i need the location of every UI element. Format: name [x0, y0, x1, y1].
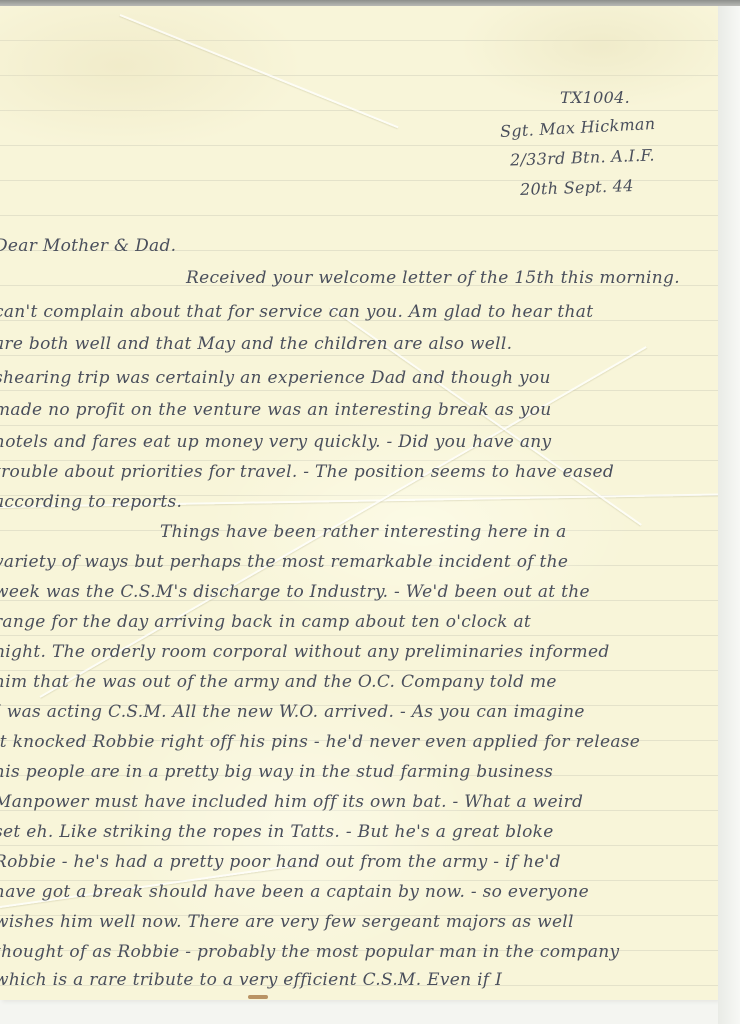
- letter-line: can't complain about that for service ca…: [0, 302, 593, 322]
- letter-line: his people are in a pretty big way in th…: [0, 762, 553, 782]
- paper-crease: [120, 14, 399, 128]
- letter-line: Robbie - he's had a pretty poor hand out…: [0, 852, 561, 872]
- letter-line: made no profit on the venture was an int…: [0, 400, 551, 420]
- letter-line: wishes him well now. There are very few …: [0, 912, 574, 932]
- letter-line: according to reports.: [0, 492, 182, 512]
- letter-line: it knocked Robbie right off his pins - h…: [0, 732, 640, 752]
- letter-line: trouble about priorities for travel. - T…: [0, 462, 614, 482]
- letter-line: have got a break should have been a capt…: [0, 882, 589, 902]
- letter-line: him that he was out of the army and the …: [0, 672, 557, 692]
- service-number: TX1004.: [560, 88, 630, 107]
- letter-line: are both well and that May and the child…: [0, 334, 512, 354]
- letter-line: night. The orderly room corporal without…: [0, 642, 610, 662]
- letter-line: I was acting C.S.M. All the new W.O. arr…: [0, 702, 585, 722]
- letter-line: week was the C.S.M's discharge to Indust…: [0, 582, 590, 602]
- letter-line: range for the day arriving back in camp …: [0, 612, 531, 632]
- letter-line: variety of ways but perhaps the most rem…: [0, 552, 568, 572]
- letter-line: Manpower must have included him off its …: [0, 792, 583, 812]
- ink-stain: [248, 995, 268, 999]
- letter-line: set eh. Like striking the ropes in Tatts…: [0, 822, 554, 842]
- letter-line: which is a rare tribute to a very effici…: [0, 970, 502, 990]
- letter-line: thought of as Robbie - probably the most…: [0, 942, 619, 962]
- letter-line: Things have been rather interesting here…: [160, 522, 567, 542]
- scan-right-margin: [718, 6, 740, 1024]
- salutation: Dear Mother & Dad.: [0, 236, 176, 256]
- letter-date: 20th Sept. 44: [520, 176, 634, 199]
- letter-line: Received your welcome letter of the 15th…: [186, 268, 680, 288]
- letter-line: shearing trip was certainly an experienc…: [0, 368, 551, 388]
- letter-line: hotels and fares eat up money very quick…: [0, 432, 551, 452]
